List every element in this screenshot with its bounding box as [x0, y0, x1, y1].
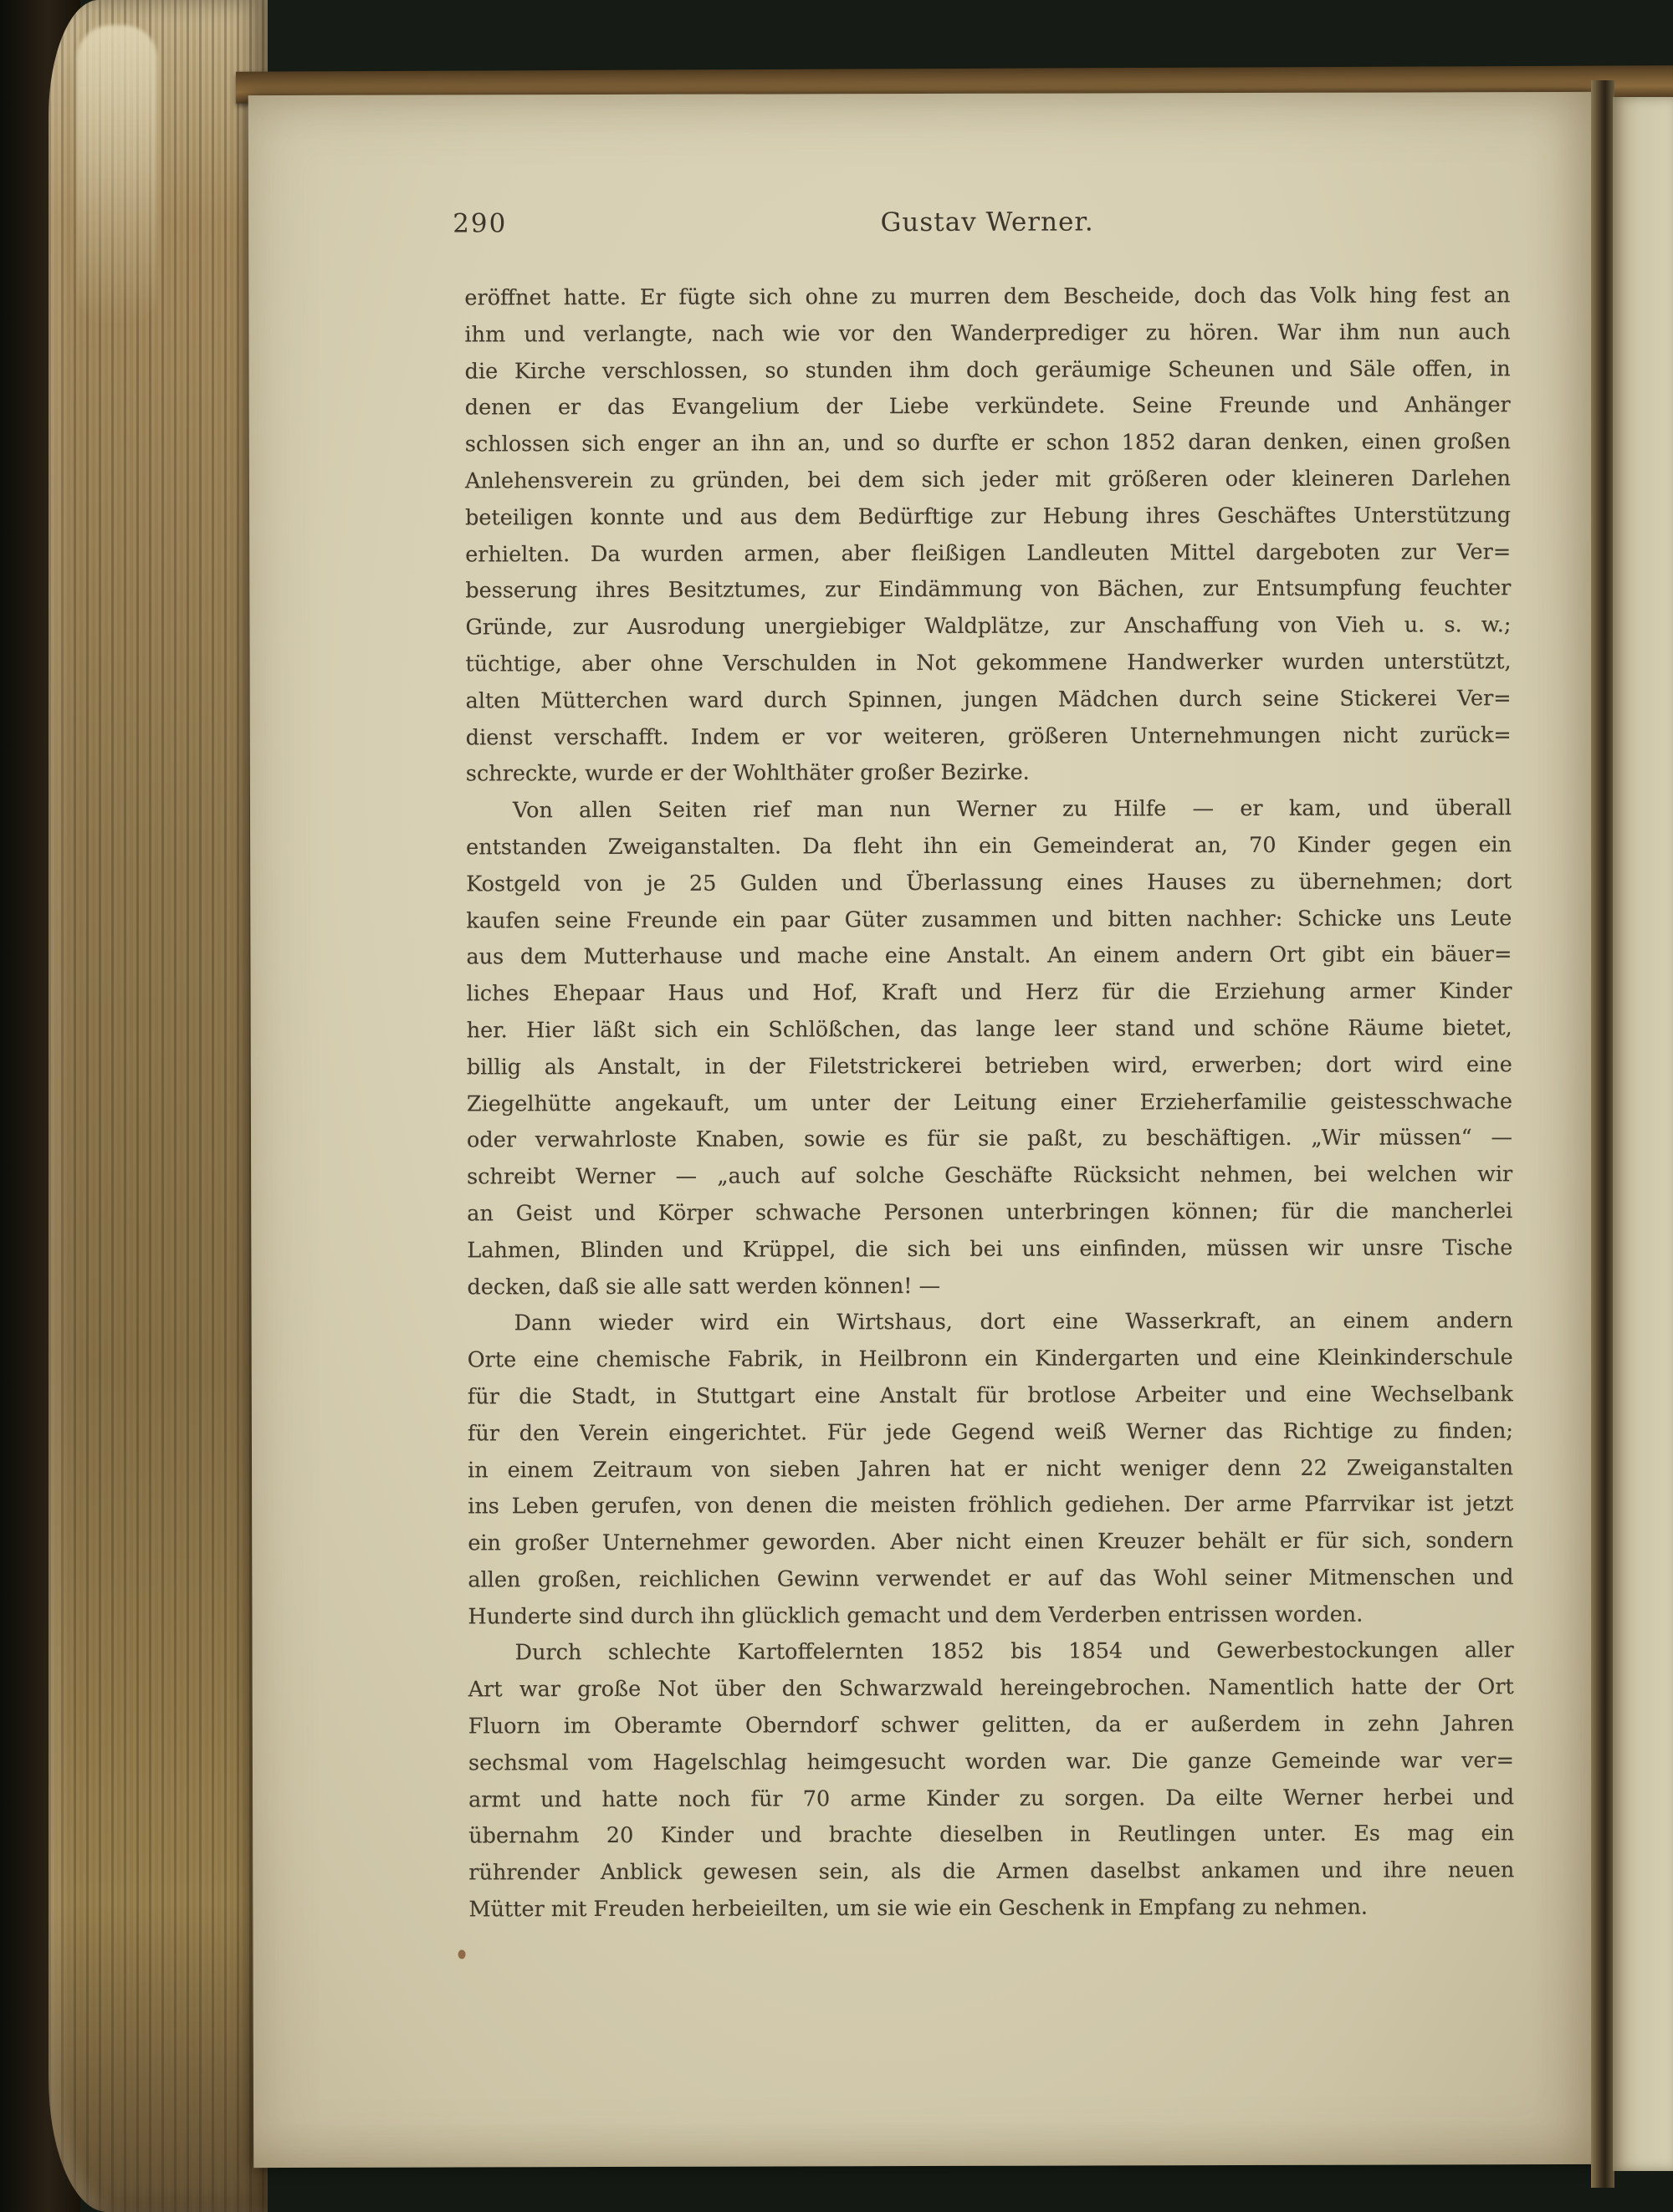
text-line: Dann wieder wird ein Wirtshaus, dort ein… — [468, 1303, 1513, 1342]
text-line: tüchtige, aber ohne Verschulden in Not g… — [465, 644, 1511, 683]
paragraph: Durch schlechte Kartoffelernten 1852 bis… — [468, 1633, 1515, 1929]
running-header: Gustav Werner. — [464, 206, 1510, 238]
text-line: Anlehensverein zu gründen, bei dem sich … — [465, 461, 1511, 500]
text-line: Von allen Seiten rief man nun Werner zu … — [466, 790, 1512, 830]
text-line: für den Verein eingerichtet. Für jede Ge… — [468, 1413, 1513, 1453]
text-line: entstanden Zweiganstalten. Da fleht ihn … — [466, 827, 1512, 866]
text-line: decken, daß sie alle satt werden können!… — [467, 1267, 1512, 1306]
text-line: denen er das Evangelium der Liebe verkün… — [465, 388, 1511, 427]
text-line: her. Hier läßt sich ein Schlößchen, das … — [467, 1010, 1512, 1050]
text-line: Art war große Not über den Schwarzwald h… — [468, 1669, 1514, 1709]
text-line: sechsmal vom Hagelschlag heimgesucht wor… — [468, 1743, 1514, 1782]
page-content: 290 Gustav Werner. eröffnet hatte. Er fü… — [464, 206, 1514, 1928]
text-line: Gründe, zur Ausrodung unergiebiger Waldp… — [465, 607, 1511, 646]
text-line: allen großen, reichlichen Gewinn verwend… — [468, 1560, 1513, 1599]
facing-page-edge — [1613, 97, 1673, 2171]
text-line: Orte eine chemische Fabrik, in Heilbronn… — [468, 1340, 1513, 1379]
body-text: eröffnet hatte. Er fügte sich ohne zu mu… — [464, 278, 1514, 1928]
text-line: schreckte, wurde er der Wohlthäter große… — [466, 754, 1512, 794]
text-line: Mütter mit Freuden herbeieilten, um sie … — [468, 1889, 1514, 1928]
text-line: alten Mütterchen ward durch Spinnen, jun… — [466, 681, 1512, 720]
text-line: rührender Anblick gewesen sein, als die … — [468, 1852, 1514, 1892]
text-line: besserung ihres Besitztumes, zur Eindämm… — [465, 571, 1511, 610]
text-line: aus dem Mutterhause und mache eine Ansta… — [466, 937, 1512, 977]
text-line: Kostgeld von je 25 Gulden und Überlassun… — [466, 864, 1512, 903]
text-line: für die Stadt, in Stuttgart eine Anstalt… — [468, 1377, 1513, 1416]
text-line: billig als Anstalt, in der Filetstricker… — [467, 1047, 1512, 1086]
text-line: ins Leben gerufen, von denen die meisten… — [468, 1486, 1513, 1525]
text-line: übernahm 20 Kinder und brachte dieselben… — [468, 1816, 1514, 1856]
text-line: Fluorn im Oberamte Oberndorf schwer geli… — [468, 1706, 1514, 1745]
text-line: ihm und verlangte, nach wie vor den Wand… — [464, 314, 1510, 354]
text-line: schlossen sich enger an ihn an, und so d… — [465, 424, 1511, 463]
text-line: armt und hatte noch für 70 arme Kinder z… — [468, 1780, 1514, 1819]
text-line: ein großer Unternehmer geworden. Aber ni… — [468, 1523, 1513, 1562]
text-line: Lahmen, Blinden und Krüppel, die sich be… — [467, 1230, 1512, 1269]
text-line: schreibt Werner — „auch auf solche Gesch… — [467, 1157, 1512, 1196]
book-page: 290 Gustav Werner. eröffnet hatte. Er fü… — [248, 92, 1602, 2168]
page-stack-highlight — [77, 25, 157, 326]
text-line: an Geist und Körper schwache Personen un… — [467, 1193, 1512, 1233]
paragraph: eröffnet hatte. Er fügte sich ohne zu mu… — [464, 278, 1512, 793]
text-line: kaufen seine Freunde ein paar Güter zusa… — [466, 901, 1512, 940]
text-line: Durch schlechte Kartoffelernten 1852 bis… — [468, 1633, 1514, 1673]
text-line: eröffnet hatte. Er fügte sich ohne zu mu… — [464, 278, 1510, 317]
page-header: 290 Gustav Werner. — [464, 206, 1510, 247]
text-line: in einem Zeitraum von sieben Jahren hat … — [468, 1450, 1513, 1489]
page-stack-edges — [49, 0, 268, 2212]
text-line: liches Ehepaar Haus und Hof, Kraft und H… — [467, 973, 1512, 1013]
paragraph: Dann wieder wird ein Wirtshaus, dort ein… — [468, 1303, 1514, 1635]
text-line: die Kirche verschlossen, so stunden ihm … — [465, 351, 1511, 391]
paragraph: Von allen Seiten rief man nun Werner zu … — [466, 790, 1513, 1305]
text-line: beteiligen konnte und aus dem Bedürftige… — [465, 498, 1511, 537]
text-line: dienst verschafft. Indem er vor weiteren… — [466, 718, 1512, 757]
text-line: erhielten. Da wurden armen, aber fleißig… — [465, 534, 1511, 574]
scanned-book-photo: 290 Gustav Werner. eröffnet hatte. Er fü… — [0, 0, 1673, 2212]
text-line: oder verwahrloste Knaben, sowie es für s… — [467, 1120, 1512, 1159]
text-line: Ziegelhütte angekauft, um unter der Leit… — [467, 1084, 1512, 1123]
paper-speck — [458, 1949, 466, 1959]
page-gutter-shadow — [1591, 80, 1614, 2188]
text-line: Hunderte sind durch ihn glücklich gemach… — [468, 1596, 1513, 1636]
